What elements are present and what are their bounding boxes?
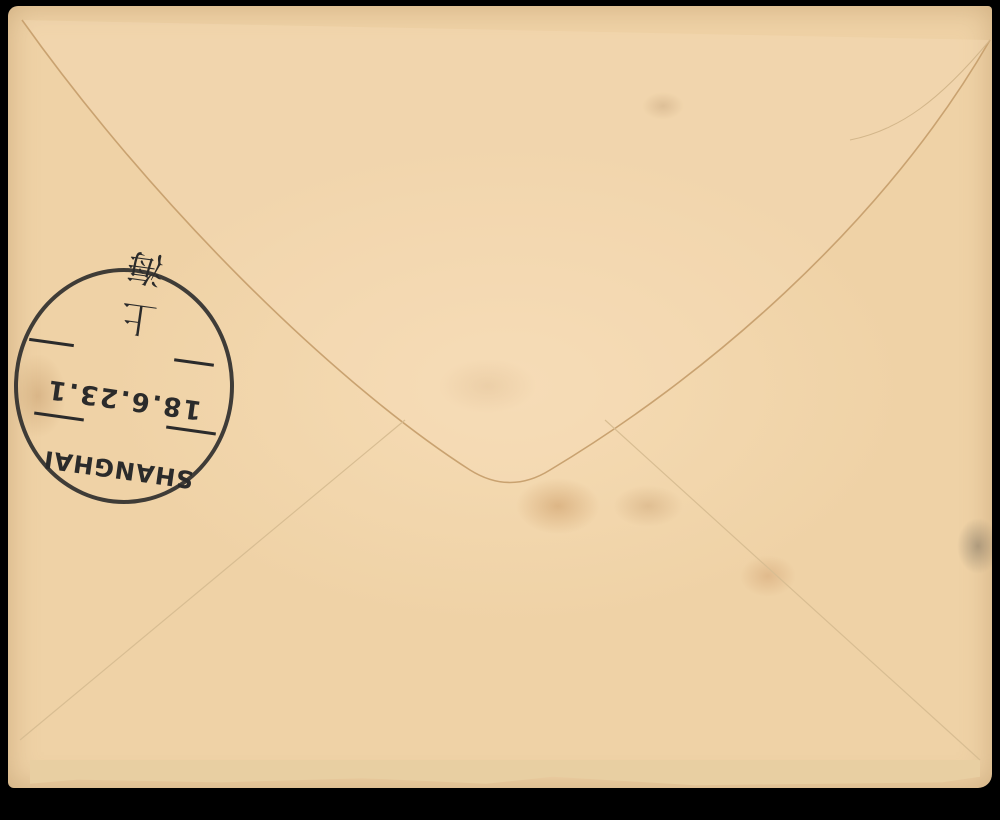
postmark-bar [34, 412, 84, 422]
postmark-bar [174, 358, 214, 367]
postmark-chinese-characters: 上海 [48, 233, 201, 353]
postmark-bar [29, 338, 74, 347]
postmark: SHANGHAI 18.6.23.1 上海 [14, 268, 234, 504]
postmark-bar [166, 426, 216, 436]
postmark-city: SHANGHAI [53, 446, 196, 493]
